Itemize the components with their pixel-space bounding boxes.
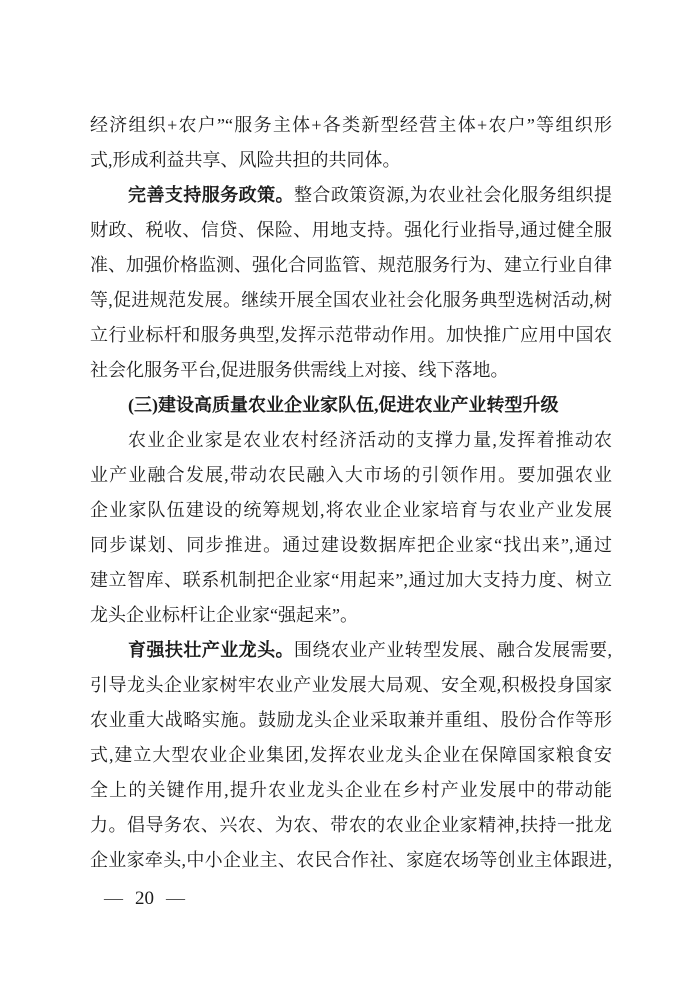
- bold-lead-text: 完善支持服务政策。: [128, 185, 294, 205]
- body-text: 建立智库、联系机制把企业家“用起来”,通过加大支持力度、树立: [90, 570, 612, 590]
- text-line: 企业家牵头,中小企业主、农民合作社、家庭农场等创业主体跟进,: [90, 843, 612, 878]
- text-line: 力。倡导务农、兴农、为农、带农的农业企业家精神,扶持一批龙头: [90, 808, 612, 843]
- text-line: 龙头企业标杆让企业家“强起来”。: [90, 598, 612, 633]
- text-line: 建立智库、联系机制把企业家“用起来”,通过加大支持力度、树立: [90, 563, 612, 598]
- text-block: 经济组织+农户”“服务主体+各类新型经营主体+农户”等组织形式,形成利益共享、风…: [90, 108, 612, 878]
- text-line: 育强扶壮产业龙头。围绕农业产业转型发展、融合发展需要,: [90, 633, 612, 668]
- text-line: (三)建设高质量农业企业家队伍,促进农业产业转型升级: [90, 388, 612, 423]
- body-text: 农业企业家是农业农村经济活动的支撑力量,发挥着推动农: [128, 430, 612, 450]
- bold-lead-text: 育强扶壮产业龙头。: [128, 640, 294, 660]
- text-line: 农业企业家是农业农村经济活动的支撑力量,发挥着推动农: [90, 423, 612, 458]
- body-text: 业产业融合发展,带动农民融入大市场的引领作用。要加强农业: [90, 465, 612, 485]
- text-line: 经济组织+农户”“服务主体+各类新型经营主体+农户”等组织形: [90, 108, 612, 143]
- body-text: 式,建立大型农业企业集团,发挥农业龙头企业在保障国家粮食安: [90, 745, 612, 765]
- body-text: 全上的关键作用,提升农业龙头企业在乡村产业发展中的带动能: [90, 780, 612, 800]
- text-line: 式,建立大型农业企业集团,发挥农业龙头企业在保障国家粮食安: [90, 738, 612, 773]
- footer-dash-left: —: [104, 888, 123, 910]
- footer-dash-right: —: [166, 888, 185, 910]
- footer-page-number: 20: [135, 888, 154, 910]
- body-text: 准、加强价格监测、强化合同监管、规范服务行为、建立行业自律组织: [90, 255, 612, 283]
- body-text: 力。倡导务农、兴农、为农、带农的农业企业家精神,扶持一批龙头: [90, 815, 612, 843]
- body-text: 等,促进规范发展。继续开展全国农业社会化服务典型选树活动,树: [90, 290, 612, 310]
- text-line: 式,形成利益共享、风险共担的共同体。: [90, 143, 612, 178]
- body-text: 式,形成利益共享、风险共担的共同体。: [90, 150, 401, 170]
- document-page: 经济组织+农户”“服务主体+各类新型经营主体+农户”等组织形式,形成利益共享、风…: [0, 0, 700, 990]
- body-text: 社会化服务平台,促进服务供需线上对接、线下落地。: [90, 360, 509, 380]
- body-text: 财政、税收、信贷、保险、用地支持。强化行业指导,通过健全服务标: [90, 220, 612, 248]
- body-text: 引导龙头企业家树牢农业产业发展大局观、安全观,积极投身国家: [90, 675, 612, 695]
- text-line: 业产业融合发展,带动农民融入大市场的引领作用。要加强农业: [90, 458, 612, 493]
- body-text: 同步谋划、同步推进。通过建设数据库把企业家“找出来”,通过: [90, 535, 612, 555]
- text-line: 准、加强价格监测、强化合同监管、规范服务行为、建立行业自律组织: [90, 248, 612, 283]
- text-line: 财政、税收、信贷、保险、用地支持。强化行业指导,通过健全服务标: [90, 213, 612, 248]
- text-line: 完善支持服务政策。整合政策资源,为农业社会化服务组织提供: [90, 178, 612, 213]
- text-line: 引导龙头企业家树牢农业产业发展大局观、安全观,积极投身国家: [90, 668, 612, 703]
- text-line: 等,促进规范发展。继续开展全国农业社会化服务典型选树活动,树: [90, 283, 612, 318]
- text-line: 农业重大战略实施。鼓励龙头企业采取兼并重组、股份合作等形: [90, 703, 612, 738]
- body-text: 农业重大战略实施。鼓励龙头企业采取兼并重组、股份合作等形: [90, 710, 612, 730]
- text-line: 同步谋划、同步推进。通过建设数据库把企业家“找出来”,通过: [90, 528, 612, 563]
- body-text: 企业家队伍建设的统筹规划,将农业企业家培育与农业产业发展: [90, 500, 612, 520]
- bold-lead-text: (三)建设高质量农业企业家队伍,促进农业产业转型升级: [128, 395, 559, 415]
- body-text: 企业家牵头,中小企业主、农民合作社、家庭农场等创业主体跟进,: [90, 850, 612, 870]
- body-text: 立行业标杆和服务典型,发挥示范带动作用。加快推广应用中国农业: [90, 325, 612, 353]
- text-line: 企业家队伍建设的统筹规划,将农业企业家培育与农业产业发展: [90, 493, 612, 528]
- page-footer: — 20 —: [104, 886, 185, 912]
- text-line: 立行业标杆和服务典型,发挥示范带动作用。加快推广应用中国农业: [90, 318, 612, 353]
- text-line: 全上的关键作用,提升农业龙头企业在乡村产业发展中的带动能: [90, 773, 612, 808]
- text-line: 社会化服务平台,促进服务供需线上对接、线下落地。: [90, 353, 612, 388]
- body-text: 龙头企业标杆让企业家“强起来”。: [90, 605, 358, 625]
- body-text: 经济组织+农户”“服务主体+各类新型经营主体+农户”等组织形: [90, 115, 612, 135]
- body-text: 围绕农业产业转型发展、融合发展需要,: [294, 640, 612, 660]
